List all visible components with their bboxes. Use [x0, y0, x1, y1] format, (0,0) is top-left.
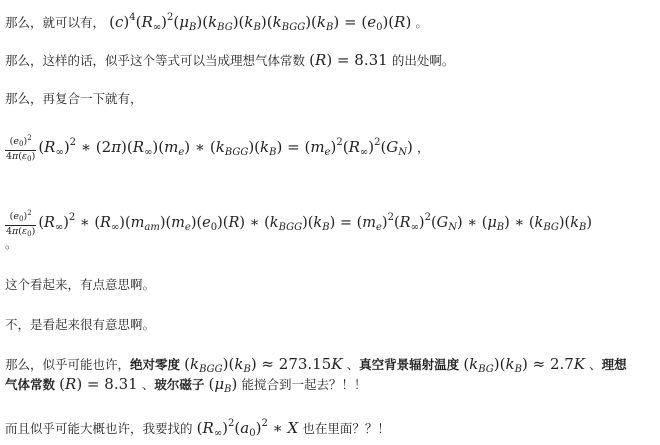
paragraph-1: 那么，就可以有， (c)4(R∞)2(μB)(kBG)(kB)(kBGG)(kB…	[5, 8, 428, 38]
gas-constant-value: 8.31	[354, 51, 387, 69]
gas-constant-label-end: 气体常数	[5, 377, 55, 392]
formula-absolute-zero: (kBGG)(kB) ≈ 273.15K	[184, 355, 342, 373]
paragraph-2: 那么，这样的话，似乎这个等式可以当成理想气体常数 (R) = 8.31 的出处啊…	[5, 50, 454, 72]
absolute-zero-label: 绝对零度	[130, 357, 180, 372]
formula-gas-constant: (R) = 8.31	[59, 375, 138, 393]
paragraph-7-text: 不，是看起来很有意思啊。	[5, 317, 155, 332]
cmb-value: 2.7	[550, 355, 574, 373]
formula-4: (R∞)2 ∗ (R∞)(mam)(me)(e0)(R) ∗ (kBGG)(kB…	[38, 215, 592, 231]
formula-bohr-magneton: (μB)	[209, 375, 238, 393]
paragraph-1-tail: 。	[415, 15, 428, 30]
separator: 、	[347, 357, 360, 372]
paragraph-9-tail: 也在里面？？！	[302, 421, 390, 436]
paragraph-9-text: 而且似乎可能大概也许，我要找的	[5, 421, 193, 436]
formula-cmb: (kBG)(kB) ≈ 2.7K	[463, 355, 585, 373]
paragraph-8-tail: 能搅合到一起去？！！	[241, 377, 366, 392]
paragraph-3: 那么，再复合一下就有，	[5, 89, 143, 110]
fraction-e0-over-4pi-eps0: (e0)24π(ε0)	[5, 133, 36, 165]
paragraph-5-tail: 。	[5, 236, 18, 251]
paragraph-2-tail: 的出处啊。	[392, 53, 455, 68]
paragraph-4-tail: ，	[417, 140, 430, 155]
cmb-temperature-label: 真空背景辐射温度	[359, 357, 459, 372]
separator: 、	[589, 357, 602, 372]
formula-2: (R) = 8.31	[309, 51, 388, 69]
gas-constant-value-2: 8.31	[104, 375, 137, 393]
paragraph-1-text: 那么，就可以有，	[5, 15, 105, 30]
paragraph-6-text: 这个看起来，有点意思啊。	[5, 277, 155, 292]
separator: 、	[142, 377, 155, 392]
gas-constant-label-start: 理想	[602, 357, 627, 372]
paragraph-5-end: 。	[5, 234, 18, 255]
absolute-zero-value: 273.15	[279, 355, 332, 373]
formula-5: (R∞)2(a0)2 ∗ X	[197, 419, 299, 437]
formula-1: (c)4(R∞)2(μB)(kBG)(kB)(kBGG)(kB) = (e0)(…	[109, 13, 411, 31]
formula-3: (R∞)2 ∗ (2π)(R∞)(me) ∗ (kBGG)(kB) = (me)…	[38, 138, 413, 156]
paragraph-5: (e0)24π(ε0)(R∞)2 ∗ (R∞)(mam)(me)(e0)(R) …	[5, 203, 592, 243]
paragraph-7: 不，是看起来很有意思啊。	[5, 315, 155, 336]
paragraph-4: (e0)24π(ε0)(R∞)2 ∗ (2π)(R∞)(me) ∗ (kBGG)…	[5, 128, 430, 168]
paragraph-9: 而且似乎可能大概也许，我要找的 (R∞)2(a0)2 ∗ X 也在里面？？！	[5, 414, 390, 444]
paragraph-8-line-2: 气体常数 (R) = 8.31 、玻尔磁子 (μB) 能搅合到一起去？！！	[5, 374, 366, 400]
paragraph-2-text: 那么，这样的话，似乎这个等式可以当成理想气体常数	[5, 53, 305, 68]
paragraph-8-intro: 那么，似乎可能也许，	[5, 357, 130, 372]
bohr-magneton-label: 玻尔磁子	[154, 377, 204, 392]
paragraph-6: 这个看起来，有点意思啊。	[5, 275, 155, 296]
paragraph-3-text: 那么，再复合一下就有，	[5, 91, 143, 106]
